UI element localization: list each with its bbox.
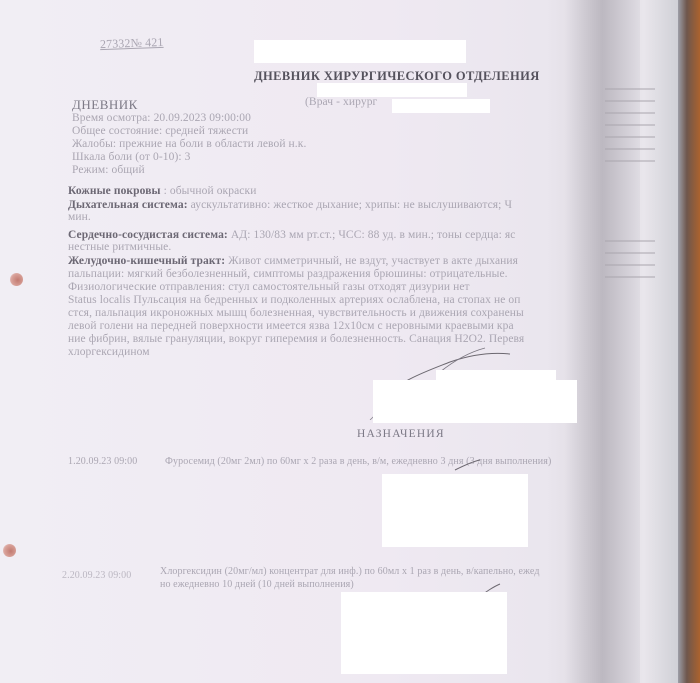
redaction-box — [382, 474, 528, 547]
pain-scale: Шкала боли (от 0-10): 3 — [72, 151, 191, 163]
bleed-through-line — [605, 264, 655, 266]
bleed-through-line — [605, 252, 655, 254]
bleed-through-line — [605, 276, 655, 278]
gi-line: хлоргексидином — [68, 346, 150, 358]
gi-line: стся, пальпация икроножных мышц болезнен… — [68, 307, 524, 319]
cardio-value: АД: 130/83 мм рт.ст.; ЧСС: 88 уд. в мин.… — [231, 229, 516, 241]
punch-hole — [10, 273, 23, 286]
redaction-box — [436, 370, 556, 380]
bleed-through-line — [605, 136, 655, 138]
gi-row: Желудочно-кишечный тракт: Живот симметри… — [68, 255, 518, 267]
redaction-box — [392, 99, 490, 113]
gi-line: ние фибрин, вялые грануляции, вокруг гип… — [68, 333, 524, 345]
redaction-box — [373, 380, 577, 423]
doctor-label: (Врач - хирург — [305, 96, 377, 108]
exam-time: Время осмотра: 20.09.2023 09:00:00 — [72, 112, 251, 124]
gi-line: Status localis Пульсация на бедренных и … — [68, 294, 520, 306]
skin-value: : обычной окраски — [164, 185, 257, 197]
page-fold-shadow — [565, 0, 640, 683]
bleed-through-line — [605, 88, 655, 90]
redaction-box — [341, 592, 507, 674]
document-photo: 27332№ 421 ДНЕВНИК ХИРУРГИЧЕСКОГО ОТДЕЛЕ… — [0, 0, 700, 683]
prescription-2-text-cont: но ежедневно 10 дней (10 дней выполнения… — [160, 579, 354, 590]
skin-row: Кожные покровы : обычной окраски — [68, 185, 256, 197]
prescription-1-id: 1.20.09.23 09:00 — [68, 456, 137, 467]
bleed-through-line — [605, 240, 655, 242]
prescription-2-id: 2.20.09.23 09:00 — [62, 570, 131, 581]
respiratory-value-cont: мин. — [68, 211, 91, 223]
general-state: Общее состояние: средней тяжести — [72, 125, 248, 137]
cardio-value-cont: нестные ритмичные. — [68, 241, 171, 253]
gi-line: левой голени на передней поверхности име… — [68, 320, 514, 332]
prescription-1-text: Фуросемид (20мг 2мл) по 60мг х 2 раза в … — [165, 456, 551, 467]
record-number: 27332№ 421 — [100, 35, 164, 52]
bleed-through-line — [605, 100, 655, 102]
section-label: ДНЕВНИК — [72, 97, 138, 113]
redaction-box — [254, 40, 466, 63]
bleed-through-line — [605, 148, 655, 150]
gi-line: Физиологические отправления: стул самост… — [68, 281, 470, 293]
prescription-2-text: Хлоргексидин (20мг/мл) концентрат для ин… — [160, 566, 540, 577]
gi-value: Живот симметричный, не вздут, участвует … — [228, 255, 518, 267]
complaints: Жалобы: прежние на боли в области левой … — [72, 138, 306, 150]
cardio-label: Сердечно-сосудистая система: — [68, 229, 228, 241]
prescriptions-heading: НАЗНАЧЕНИЯ — [357, 428, 445, 440]
respiratory-label: Дыхательная система: — [68, 199, 188, 211]
bleed-through-line — [605, 112, 655, 114]
punch-hole — [3, 544, 16, 557]
bleed-through-line — [605, 160, 655, 162]
photo-background-edge — [678, 0, 700, 683]
respiratory-row: Дыхательная система: аускультативно: жес… — [68, 199, 512, 211]
gi-line: пальпации: мягкий безболезненный, симпто… — [68, 268, 508, 280]
document-title: ДНЕВНИК ХИРУРГИЧЕСКОГО ОТДЕЛЕНИЯ — [254, 69, 540, 84]
gi-label: Желудочно-кишечный тракт: — [68, 255, 225, 267]
cardio-row: Сердечно-сосудистая система: АД: 130/83 … — [68, 229, 515, 241]
bleed-through-line — [605, 124, 655, 126]
skin-label: Кожные покровы — [68, 185, 161, 197]
regime: Режим: общий — [72, 164, 145, 176]
respiratory-value: аускультативно: жесткое дыхание; хрипы: … — [191, 199, 512, 211]
redaction-box — [317, 83, 467, 97]
